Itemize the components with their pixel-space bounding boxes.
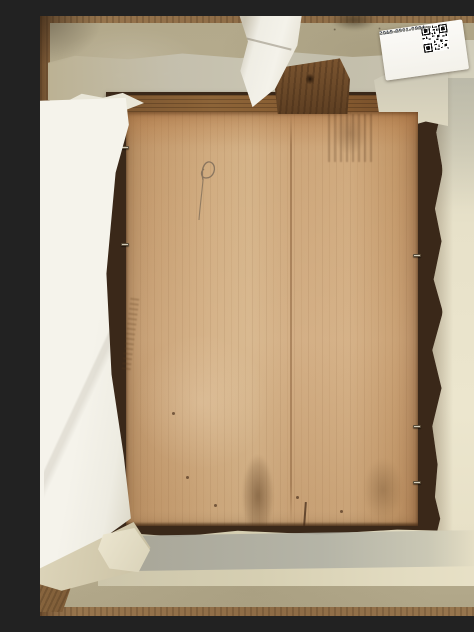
panel-speckle [340, 510, 343, 513]
panel-speckle [296, 496, 299, 499]
paper-crease [246, 38, 291, 51]
dark-smudge [328, 16, 380, 32]
staple [121, 243, 129, 246]
panel-joint-line [290, 112, 292, 526]
panel-stain-top-right [328, 114, 372, 162]
panel-stain-bottom-right [358, 450, 408, 522]
panel-bottom-seam [126, 522, 418, 526]
panel-speckle [186, 476, 189, 479]
photo-artwork-back: 2019-0901-0004 [40, 16, 474, 616]
panel-top-tint [126, 112, 418, 146]
panel-speckle [214, 504, 217, 507]
wood-knot [304, 72, 316, 86]
staple [413, 254, 421, 257]
gray-paper-strip-bottom [132, 530, 474, 571]
pencil-mark [186, 154, 230, 234]
staple [413, 481, 421, 484]
staple [413, 425, 421, 428]
panel-speckle [172, 412, 175, 415]
panel-stain-bottom-center [236, 440, 280, 526]
wood-panel [126, 112, 418, 526]
